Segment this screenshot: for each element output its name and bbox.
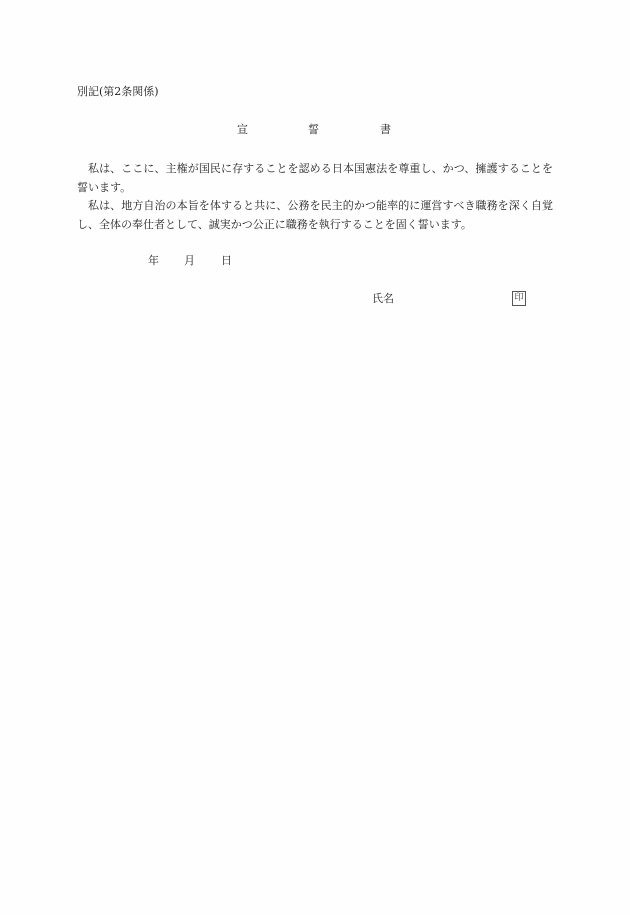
- seal-icon: 印: [512, 291, 526, 306]
- year-label: 年: [148, 255, 159, 266]
- document-page: 別記(第2条関係) 宣 誓 書 私は、ここに、主権が国民に存することを認める日本…: [0, 0, 630, 915]
- appendix-reference: 別記(第2条関係): [77, 86, 159, 97]
- oath-body: 私は、ここに、主権が国民に存することを認める日本国憲法を尊重し、かつ、擁護するこ…: [77, 160, 553, 234]
- name-label: 氏名: [372, 293, 394, 304]
- title-char-3: 書: [380, 124, 391, 135]
- oath-paragraph-1: 私は、ここに、主権が国民に存することを認める日本国憲法を尊重し、かつ、擁護するこ…: [77, 160, 553, 197]
- month-label: 月: [184, 255, 195, 266]
- day-label: 日: [221, 255, 232, 266]
- oath-paragraph-2: 私は、地方自治の本旨を体すると共に、公務を民主的かつ能率的に運営すべき職務を深く…: [77, 197, 553, 234]
- title-char-2: 誓: [308, 124, 319, 135]
- title-char-1: 宣: [237, 124, 248, 135]
